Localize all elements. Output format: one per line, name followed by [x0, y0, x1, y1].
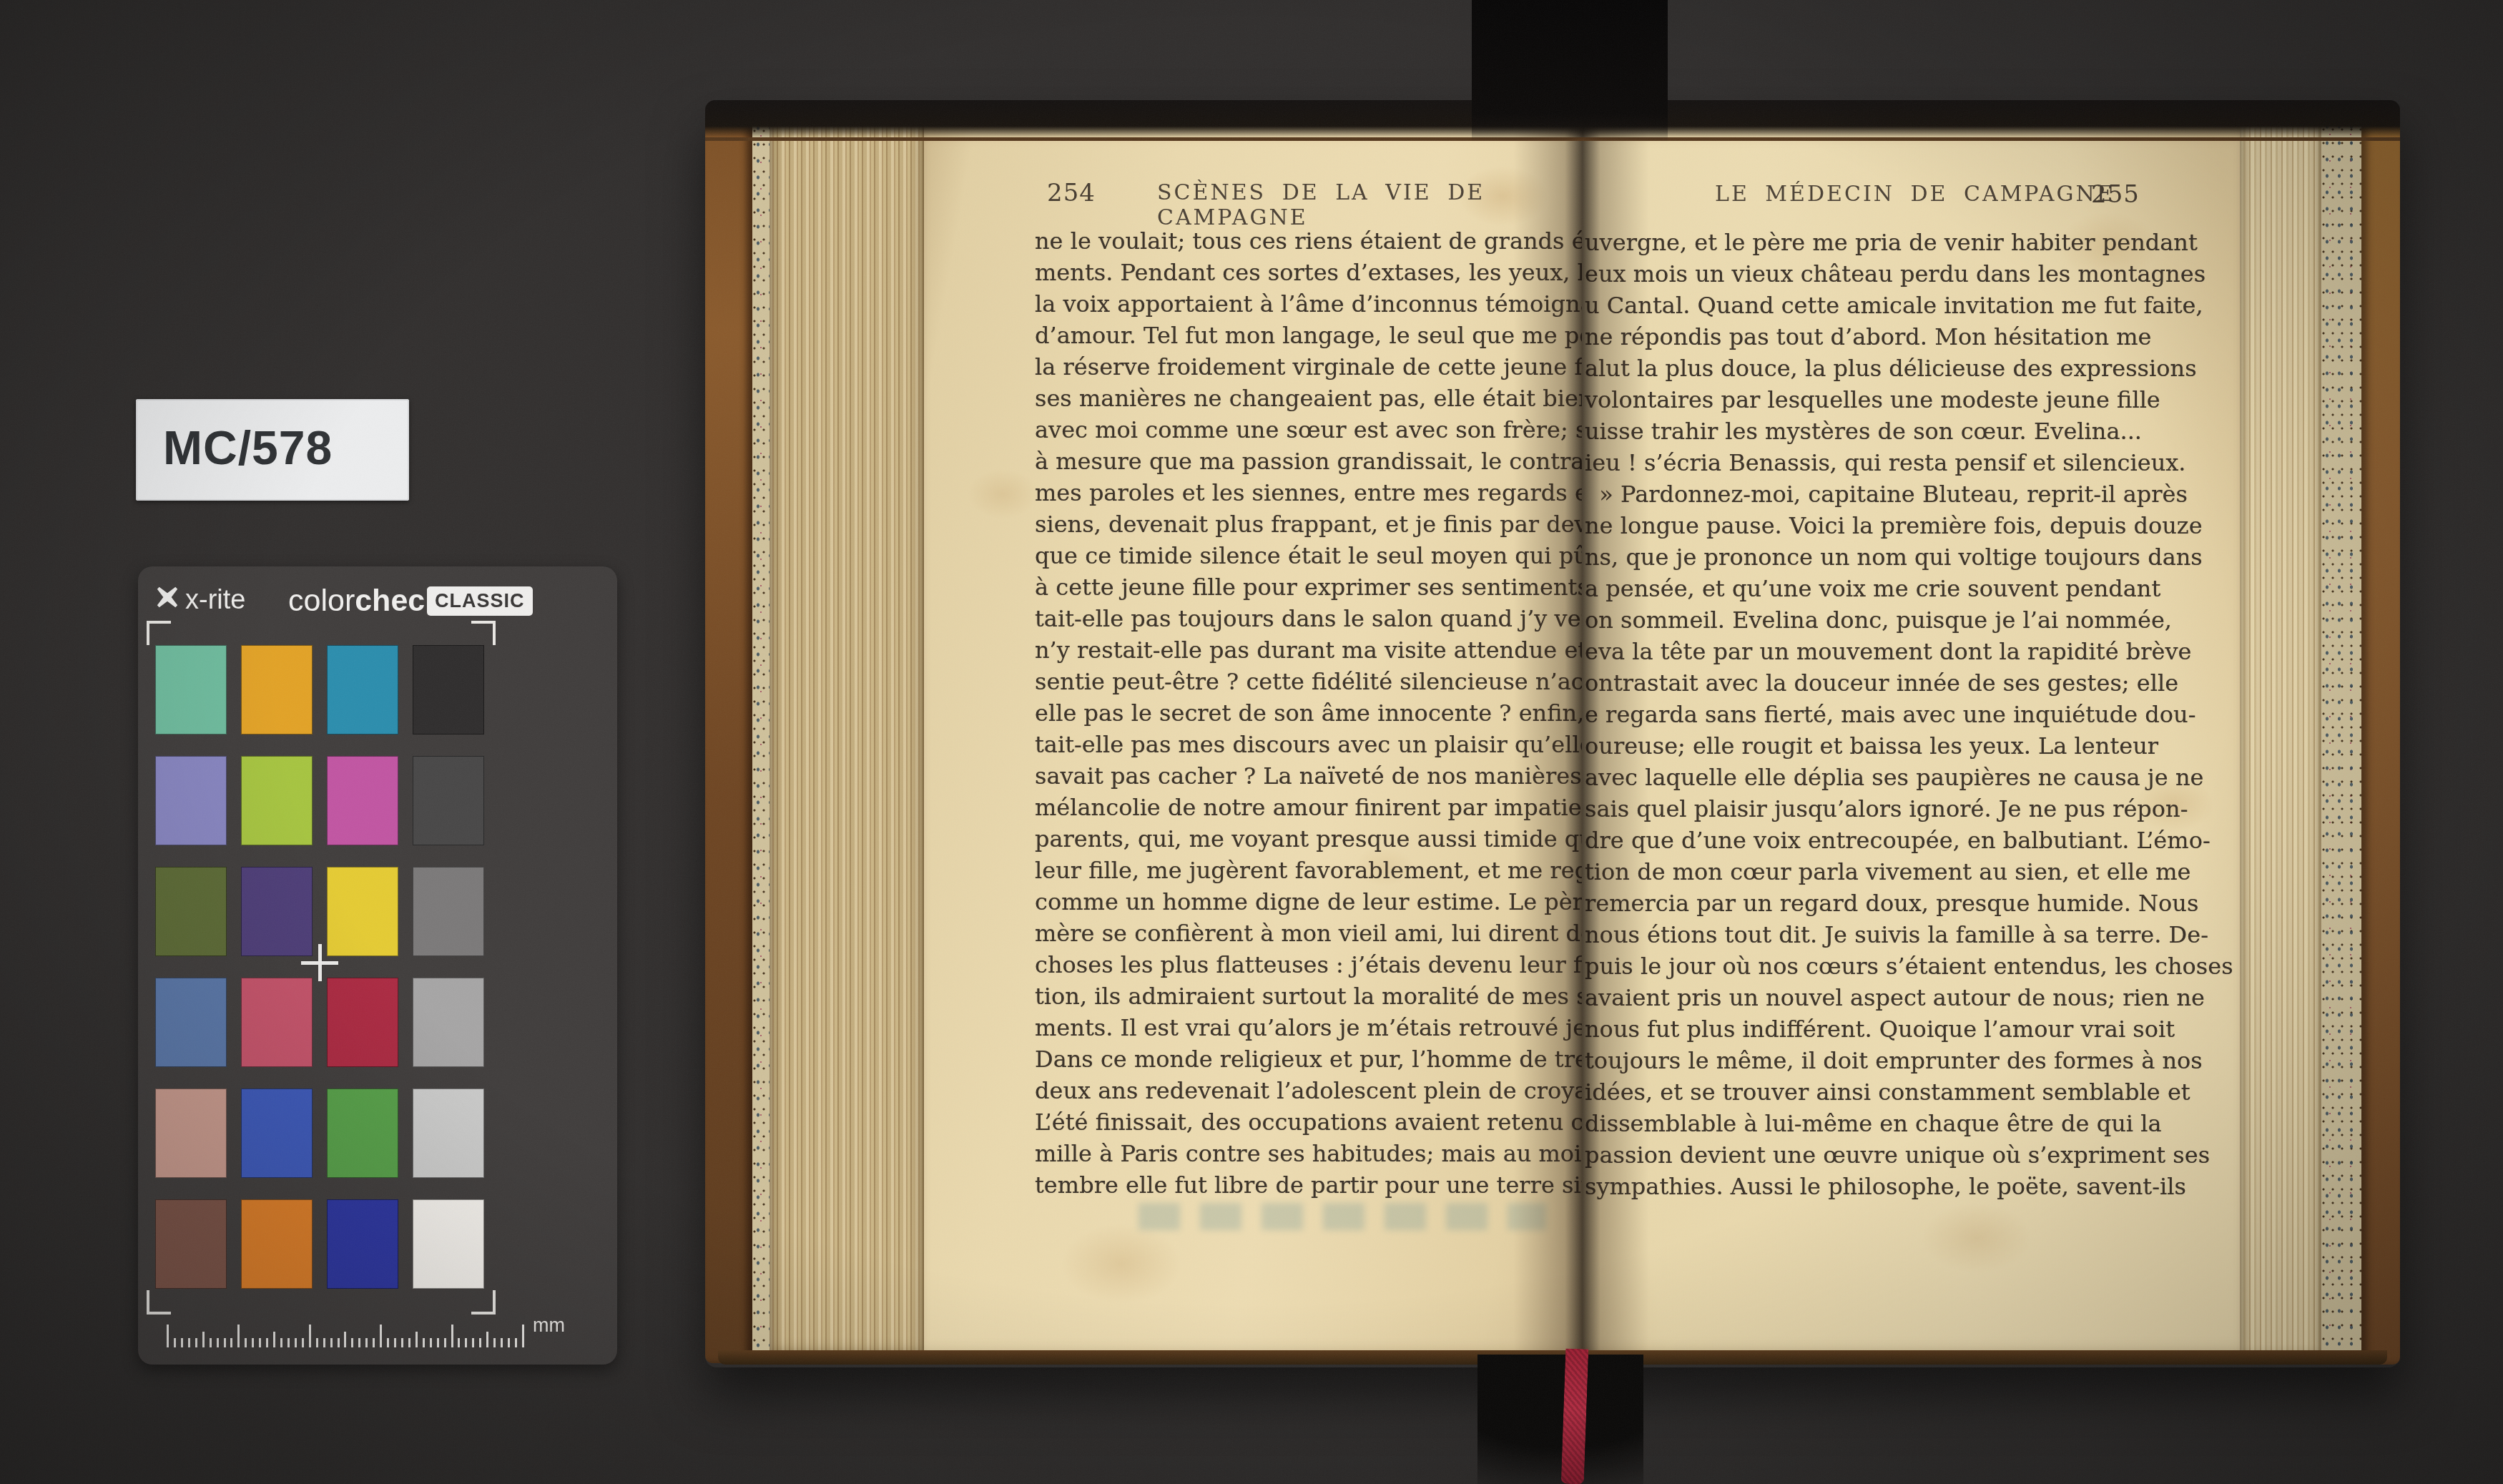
red-bookmark-ribbon — [1561, 1348, 1589, 1484]
swatch-purplish-blue — [241, 1089, 313, 1178]
ruler-tick — [259, 1338, 261, 1347]
book-page-left: 254 SCÈNES DE LA VIE DE CAMPAGNE ne le v… — [924, 122, 1582, 1363]
text-line: uisse trahir les mystères de son cœur. E… — [1585, 416, 2243, 447]
swatch-green — [327, 1089, 398, 1178]
swatch-dark-skin — [155, 1199, 227, 1289]
ruler-tick — [195, 1338, 197, 1347]
swatch-orange-yellow — [241, 645, 313, 734]
ruler-tick — [415, 1332, 418, 1347]
ruler-tick — [493, 1338, 496, 1347]
page-number-right: 255 — [2091, 180, 2140, 209]
swatch-light-skin — [155, 1089, 227, 1178]
ruler-tick — [188, 1338, 190, 1347]
swatch-cyan — [327, 645, 398, 734]
text-line: idées, et se trouver ainsi constamment s… — [1585, 1076, 2243, 1108]
book-cover-right — [2361, 103, 2400, 1365]
book-cover-left — [705, 104, 752, 1363]
ruler-tick — [508, 1338, 510, 1347]
text-line: » Pardonnez-moi, capitaine Bluteau, repr… — [1585, 478, 2243, 510]
marbled-endpaper-left — [752, 107, 769, 1363]
text-line: eux mois un vieux château perdu dans les… — [1585, 258, 2243, 290]
ruler-tick — [458, 1338, 460, 1347]
ruler-tick — [365, 1338, 368, 1347]
ruler-tick — [401, 1338, 403, 1347]
text-line: dre que d’une voix entrecoupée, en balbu… — [1585, 825, 2243, 856]
text-line: on sommeil. Evelina donc, puisque je l’a… — [1585, 604, 2243, 636]
digitization-photo: MC/578 x-rite colorchecker CLASSIC mm 25… — [0, 0, 2503, 1484]
swatch-moderate-red — [241, 978, 313, 1067]
crop-mark-bottom-right — [471, 1290, 496, 1315]
text-line: alut la plus douce, la plus délicieuse d… — [1585, 353, 2243, 384]
ruler-tick — [245, 1338, 247, 1347]
text-line: avaient pris un nouvel aspect autour de … — [1585, 982, 2243, 1013]
text-line: avec laquelle elle déplia ses paupières … — [1585, 762, 2243, 793]
text-line: uvergne, et le père me pria de venir hab… — [1585, 227, 2243, 258]
ruler-tick — [230, 1338, 232, 1347]
ruler-tick — [237, 1325, 240, 1347]
swatch-neutral-65 — [413, 978, 484, 1067]
ruler-tick — [472, 1338, 474, 1347]
text-line: volontaires par lesquelles une modeste j… — [1585, 384, 2243, 416]
ruler-tick — [330, 1338, 333, 1347]
text-line: ontrastait avec la douceur innée de ses … — [1585, 667, 2243, 699]
crop-mark-top-right — [471, 621, 496, 645]
center-cross-mark — [301, 944, 338, 981]
page-stack-right-edge — [2240, 107, 2321, 1363]
ruler-tick — [515, 1338, 517, 1347]
bottom-gutter-shadow — [1477, 1355, 1643, 1484]
ruler-tick — [338, 1338, 340, 1347]
text-line: sais quel plaisir jusqu’alors ignoré. Je… — [1585, 793, 2243, 825]
text-line: remercia par un regard doux, presque hum… — [1585, 888, 2243, 919]
ruler-tick — [522, 1325, 524, 1347]
ruler-tick — [501, 1338, 503, 1347]
ruler-tick — [266, 1338, 268, 1347]
ruler-tick — [394, 1338, 396, 1347]
ruler-tick — [437, 1338, 439, 1347]
marbled-endpaper-right — [2321, 106, 2361, 1365]
book-page-right: LE MÉDECIN DE CAMPAGNE 255 uvergne, et l… — [1582, 123, 2240, 1362]
mm-ruler — [167, 1317, 524, 1347]
x-rite-brand-text: x-rite — [185, 585, 245, 616]
ruler-tick — [344, 1332, 346, 1347]
ruler-tick — [387, 1338, 389, 1347]
running-title-right: LE MÉDECIN DE CAMPAGNE — [1715, 182, 2115, 207]
ruler-tick — [217, 1338, 219, 1347]
ruler-tick — [167, 1325, 169, 1347]
crop-mark-top-left — [147, 621, 171, 645]
ruler-tick — [408, 1338, 410, 1347]
swatch-blue — [327, 1199, 398, 1289]
swatch-neutral-35 — [413, 756, 484, 845]
ruler-tick — [486, 1332, 488, 1347]
ruler-unit-label: mm — [533, 1315, 565, 1337]
ruler-tick — [295, 1338, 297, 1347]
ruler-tick — [465, 1338, 467, 1347]
swatch-neutral-5 — [413, 867, 484, 956]
swatch-foliage — [155, 867, 227, 956]
ruler-tick — [316, 1338, 318, 1347]
body-text-right: uvergne, et le père me pria de venir hab… — [1585, 227, 2243, 1202]
swatch-yellow-green — [241, 756, 313, 845]
text-line: ns, que je prononce un nom qui voltige t… — [1585, 541, 2243, 573]
product-name-light: color — [288, 584, 355, 618]
ruler-tick — [280, 1338, 282, 1347]
ruler-tick — [351, 1338, 353, 1347]
x-rite-logo-icon — [155, 585, 180, 609]
swatch-orange — [241, 1199, 313, 1289]
ruler-tick — [373, 1338, 375, 1347]
ruler-tick — [380, 1325, 382, 1347]
swatch-purple — [241, 867, 313, 956]
ruler-tick — [224, 1338, 226, 1347]
page-stack-left-edge — [769, 112, 924, 1362]
open-book: 254 SCÈNES DE LA VIE DE CAMPAGNE ne le v… — [705, 100, 2400, 1367]
text-line: u Cantal. Quand cette amicale invitation… — [1585, 290, 2243, 321]
swatch-red — [327, 978, 398, 1067]
shelfmark-text: MC/578 — [163, 421, 333, 475]
crop-mark-bottom-left — [147, 1290, 171, 1315]
text-line: oureuse; elle rougit et baissa les yeux.… — [1585, 730, 2243, 762]
ruler-tick — [174, 1338, 176, 1347]
ruler-tick — [252, 1338, 254, 1347]
ruler-tick — [479, 1338, 481, 1347]
shelfmark-label: MC/578 — [136, 399, 409, 501]
text-line: eva la tête par un mouvement dont la rap… — [1585, 636, 2243, 667]
text-line: ne répondis pas tout d’abord. Mon hésita… — [1585, 321, 2243, 353]
text-line: tion de mon cœur parla vivement au sien,… — [1585, 856, 2243, 888]
text-line: sympathies. Aussi le philosophe, le poët… — [1585, 1171, 2243, 1202]
ruler-tick — [202, 1332, 205, 1347]
text-line: nous fut plus indifférent. Quoique l’amo… — [1585, 1013, 2243, 1045]
text-line: ne longue pause. Voici la première fois,… — [1585, 510, 2243, 541]
ruler-tick — [302, 1338, 304, 1347]
colorchecker-card: x-rite colorchecker CLASSIC mm — [138, 566, 617, 1365]
text-line: passion devient une œuvre unique où s’ex… — [1585, 1139, 2243, 1171]
swatch-black — [413, 645, 484, 734]
page-number-left: 254 — [1047, 179, 1096, 207]
text-line: nous étions tout dit. Je suivis la famil… — [1585, 919, 2243, 950]
text-line: e regarda sans fierté, mais avec une inq… — [1585, 699, 2243, 730]
text-line: a pensée, et qu’une voix me crie souvent… — [1585, 573, 2243, 604]
swatch-neutral-8 — [413, 1089, 484, 1178]
swatch-magenta — [327, 756, 398, 845]
text-line: toujours le même, il doit emprunter des … — [1585, 1045, 2243, 1076]
swatch-white — [413, 1199, 484, 1289]
show-through-ghost-text — [1139, 1203, 1546, 1230]
ruler-tick — [181, 1338, 183, 1347]
ruler-tick — [309, 1325, 311, 1347]
ruler-tick — [444, 1338, 446, 1347]
text-line: dissemblable à lui-même en chaque être d… — [1585, 1108, 2243, 1139]
ruler-tick — [273, 1332, 275, 1347]
top-dark-ribbon — [1472, 0, 1668, 142]
ruler-tick — [423, 1338, 425, 1347]
ruler-tick — [358, 1338, 360, 1347]
ruler-tick — [323, 1338, 325, 1347]
swatch-yellow — [327, 867, 398, 956]
ruler-tick — [451, 1325, 453, 1347]
ruler-tick — [210, 1338, 212, 1347]
text-line: puis le jour où nos cœurs s’étaient ente… — [1585, 950, 2243, 982]
swatch-bluish-green — [155, 645, 227, 734]
text-line: ieu ! s’écria Benassis, qui resta pensif… — [1585, 447, 2243, 478]
classic-edition-badge: CLASSIC — [427, 586, 533, 616]
colorchecker-header: x-rite colorchecker CLASSIC — [138, 566, 617, 624]
running-title-left: SCÈNES DE LA VIE DE CAMPAGNE — [1157, 180, 1582, 230]
swatch-blue-sky — [155, 978, 227, 1067]
swatch-blue-flower — [155, 756, 227, 845]
ruler-tick — [287, 1338, 290, 1347]
ruler-tick — [430, 1338, 432, 1347]
